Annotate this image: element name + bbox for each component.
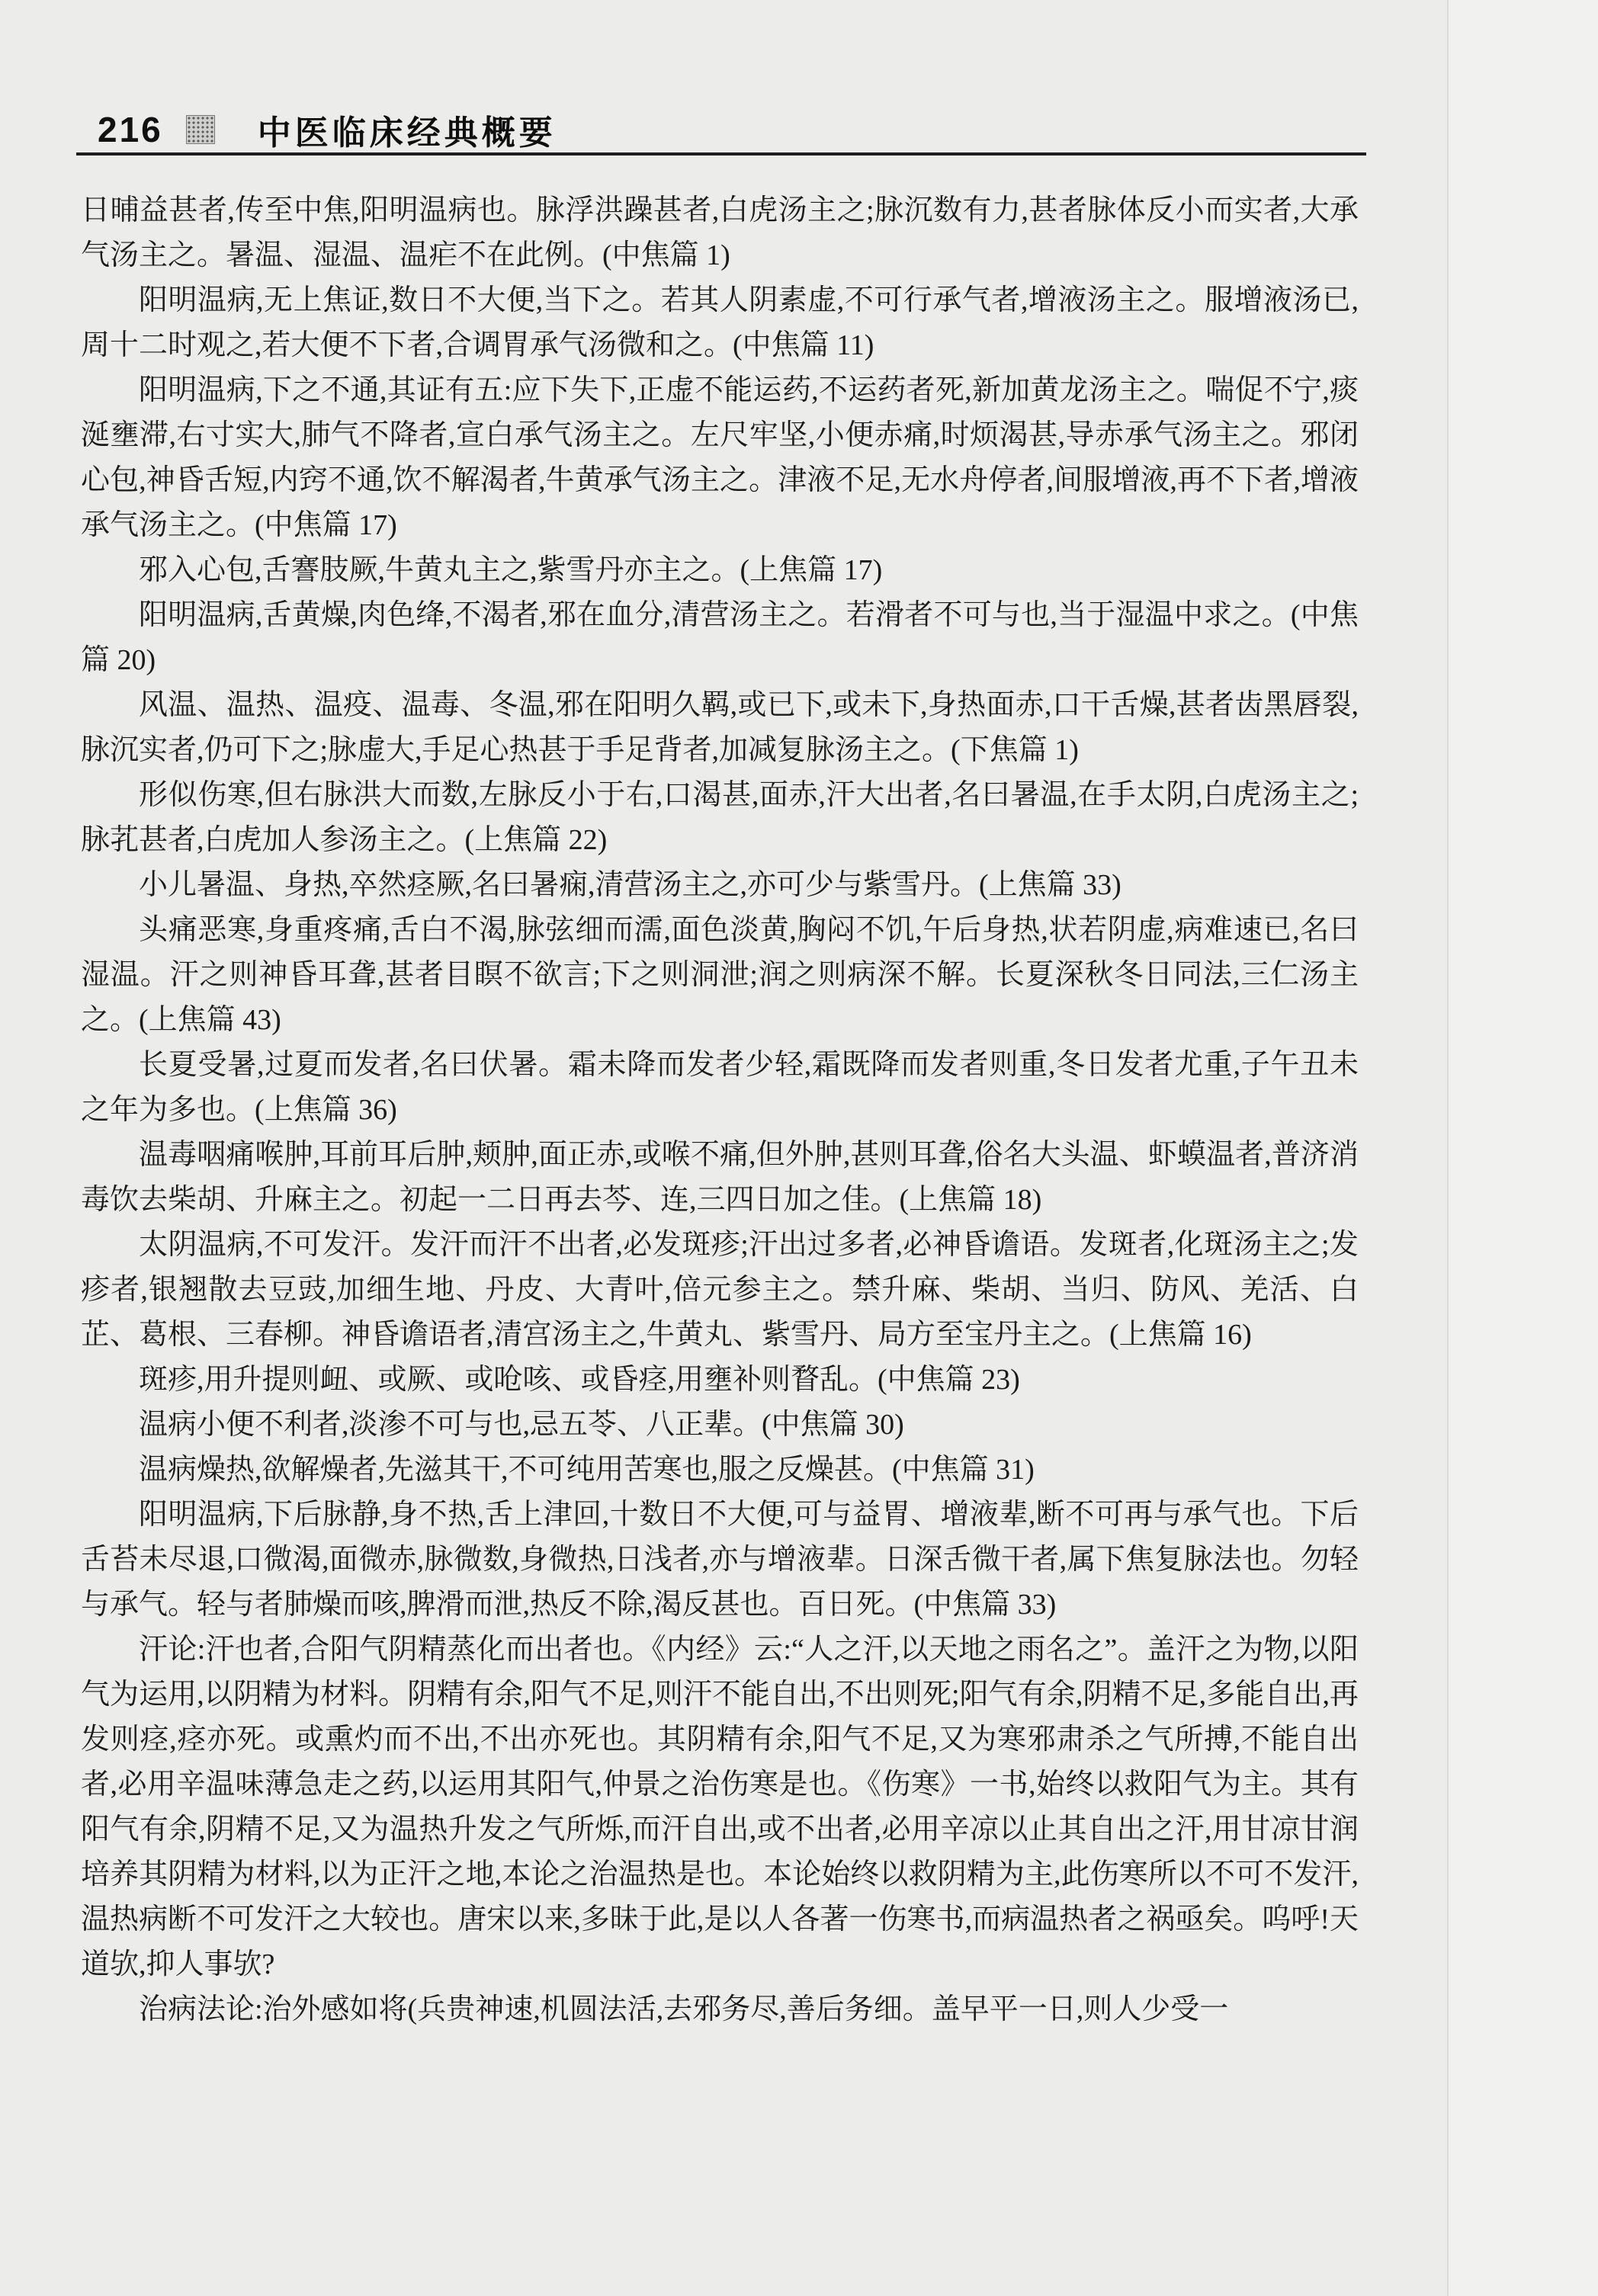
page-number: 216 xyxy=(98,109,163,150)
running-header: 216 中医临床经典概要 xyxy=(98,105,1366,154)
page-margin-band xyxy=(1449,0,1598,2296)
paragraph: 温病小便不利者,淡渗不可与也,忌五苓、八正辈。(中焦篇 30) xyxy=(81,1403,1359,1448)
paragraph: 阳明温病,下之不通,其证有五:应下失下,正虚不能运药,不运药者死,新加黄龙汤主之… xyxy=(81,368,1359,548)
paragraph: 斑疹,用升提则衄、或厥、或呛咳、或昏痉,用壅补则瞀乱。(中焦篇 23) xyxy=(81,1358,1359,1403)
paragraph: 治病法论:治外感如将(兵贵神速,机圆法活,去邪务尽,善后务细。盖早平一日,则人少… xyxy=(81,1987,1359,2032)
paragraph: 阳明温病,下后脉静,身不热,舌上津回,十数日不大便,可与益胃、增液辈,断不可再与… xyxy=(81,1493,1359,1627)
page-edge-line xyxy=(1447,0,1449,2296)
paragraph: 长夏受暑,过夏而发者,名曰伏暑。霜未降而发者少轻,霜既降而发者则重,冬日发者尤重… xyxy=(81,1043,1359,1133)
halftone-square-icon xyxy=(186,115,215,144)
text-column: 日晡益甚者,传至中焦,阳明温病也。脉浮洪躁甚者,白虎汤主之;脉沉数有力,甚者脉体… xyxy=(81,188,1359,2032)
paragraph: 阳明温病,舌黄燥,肉色绛,不渴者,邪在血分,清营汤主之。若滑者不可与也,当于湿温… xyxy=(81,593,1359,683)
paragraph: 汗论:汗也者,合阳气阴精蒸化而出者也。《内经》云:“人之汗,以天地之雨名之”。盖… xyxy=(81,1627,1359,1987)
paragraph: 日晡益甚者,传至中焦,阳明温病也。脉浮洪躁甚者,白虎汤主之;脉沉数有力,甚者脉体… xyxy=(81,188,1359,278)
paragraph: 风温、温热、温疫、温毒、冬温,邪在阳明久羁,或已下,或未下,身热面赤,口干舌燥,… xyxy=(81,683,1359,773)
paragraph: 形似伤寒,但右脉洪大而数,左脉反小于右,口渴甚,面赤,汗大出者,名曰暑温,在手太… xyxy=(81,773,1359,863)
paragraph: 小儿暑温、身热,卒然痉厥,名曰暑痫,清营汤主之,亦可少与紫雪丹。(上焦篇 33) xyxy=(81,863,1359,908)
book-page-scan: 216 中医临床经典概要 日晡益甚者,传至中焦,阳明温病也。脉浮洪躁甚者,白虎汤… xyxy=(0,0,1598,2296)
paragraph: 温病燥热,欲解燥者,先滋其干,不可纯用苦寒也,服之反燥甚。(中焦篇 31) xyxy=(81,1448,1359,1493)
paragraph: 太阴温病,不可发汗。发汗而汗不出者,必发斑疹;汗出过多者,必神昏谵语。发斑者,化… xyxy=(81,1223,1359,1358)
book-title: 中医临床经典概要 xyxy=(258,105,557,154)
paragraph: 头痛恶寒,身重疼痛,舌白不渴,脉弦细而濡,面色淡黄,胸闷不饥,午后身热,状若阴虚… xyxy=(81,908,1359,1043)
header-rule xyxy=(76,152,1366,156)
paragraph: 邪入心包,舌謇肢厥,牛黄丸主之,紫雪丹亦主之。(上焦篇 17) xyxy=(81,548,1359,593)
paragraph: 阳明温病,无上焦证,数日不大便,当下之。若其人阴素虚,不可行承气者,增液汤主之。… xyxy=(81,278,1359,368)
paragraph: 温毒咽痛喉肿,耳前耳后肿,颊肿,面正赤,或喉不痛,但外肿,甚则耳聋,俗名大头温、… xyxy=(81,1133,1359,1223)
